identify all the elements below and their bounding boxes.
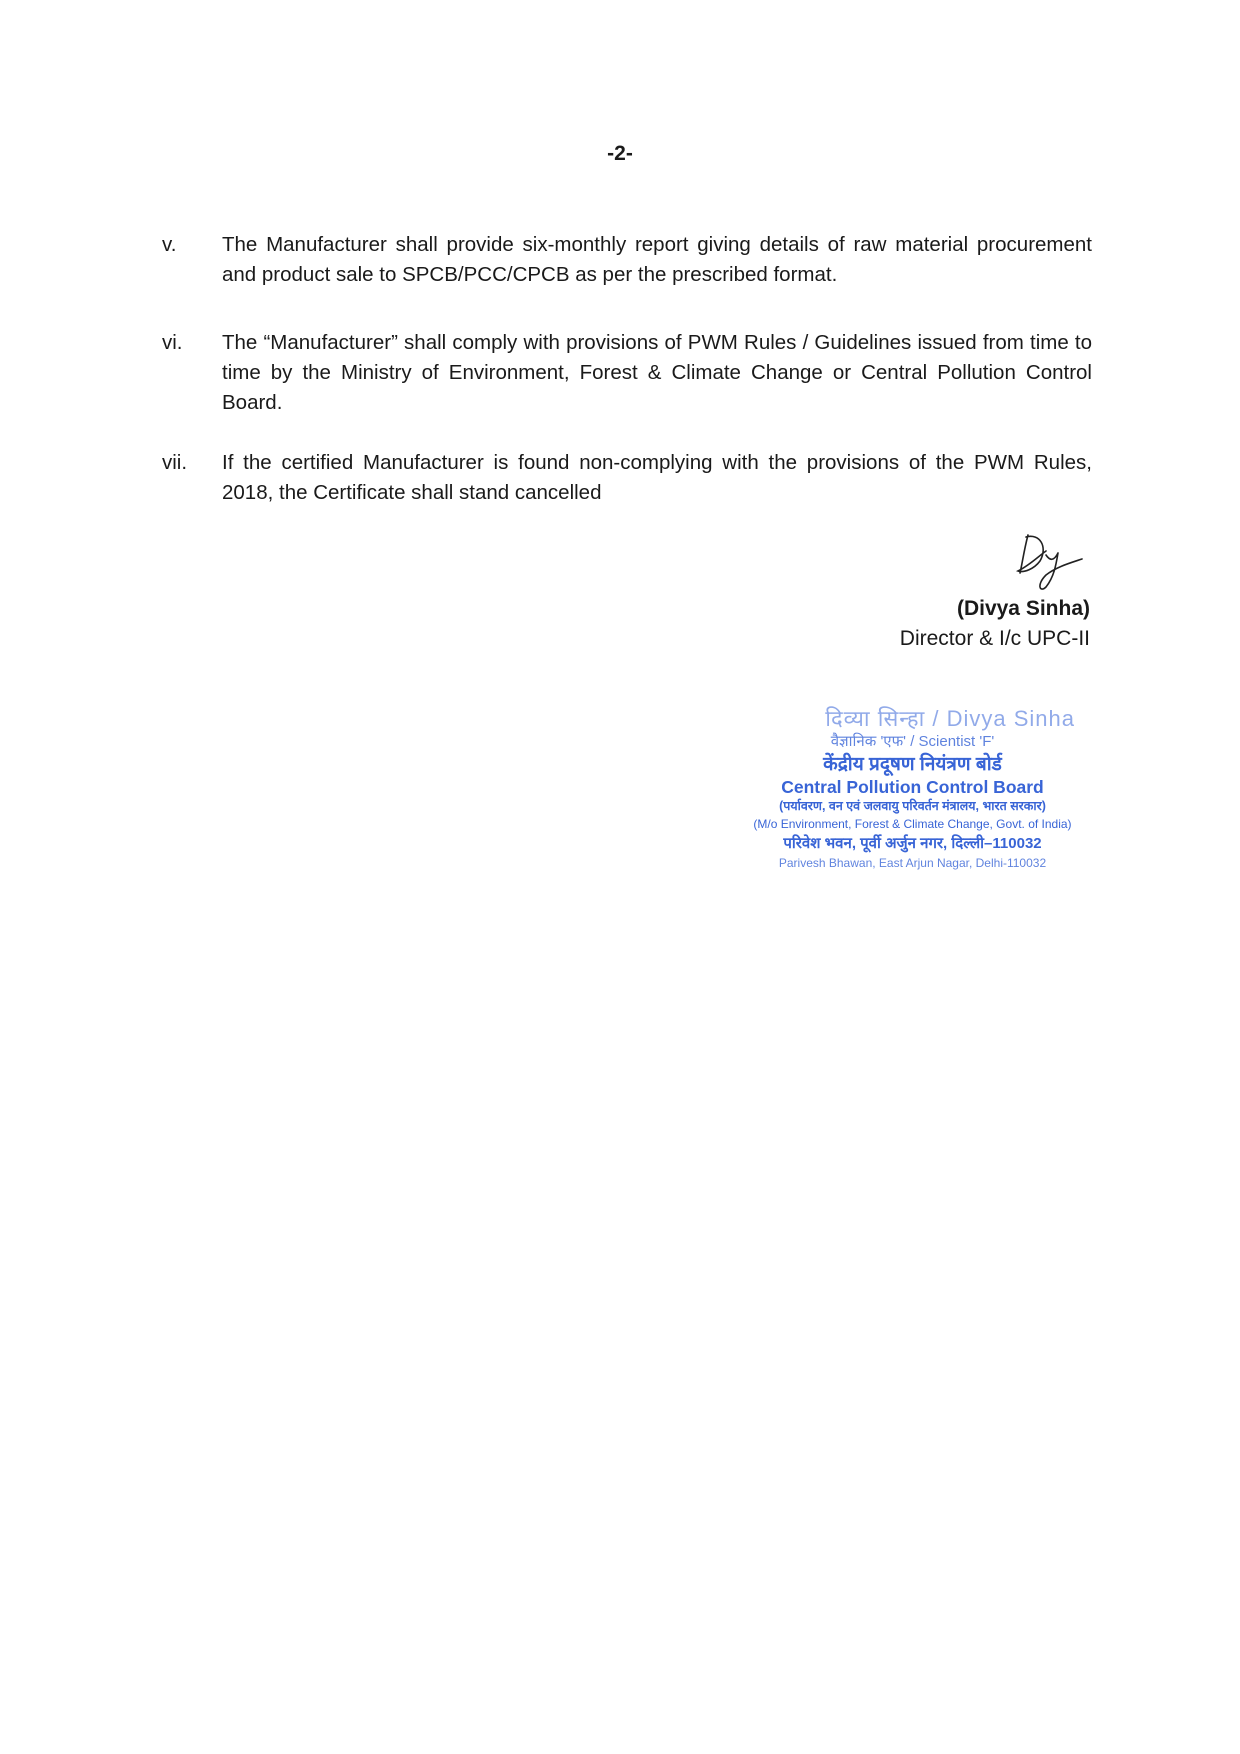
stamp-line: (M/o Environment, Forest & Climate Chang… bbox=[750, 815, 1075, 833]
item-text: The Manufacturer shall provide six-month… bbox=[222, 230, 1092, 290]
stamp-line: केंद्रीय प्रदूषण नियंत्रण बोर्ड bbox=[750, 753, 1075, 777]
stamp-line: दिव्या सिन्हा / Divya Sinha bbox=[750, 707, 1075, 731]
stamp-line: Central Pollution Control Board bbox=[750, 777, 1075, 797]
signatory-name: (Divya Sinha) bbox=[957, 597, 1090, 621]
official-stamp: दिव्या सिन्हा / Divya Sinha वैज्ञानिक 'ए… bbox=[750, 707, 1075, 871]
stamp-line: Parivesh Bhawan, East Arjun Nagar, Delhi… bbox=[750, 855, 1075, 871]
list-item: vi. The “Manufacturer” shall comply with… bbox=[162, 328, 1092, 418]
list-item: vii. If the certified Manufacturer is fo… bbox=[162, 448, 1092, 508]
signatory-designation: Director & I/c UPC-II bbox=[900, 627, 1090, 651]
stamp-line: परिवेश भवन, पूर्वी अर्जुन नगर, दिल्ली–11… bbox=[750, 833, 1075, 855]
item-numeral: vi. bbox=[162, 328, 222, 358]
item-text: If the certified Manufacturer is found n… bbox=[222, 448, 1092, 508]
page-number: -2- bbox=[0, 142, 1240, 166]
list-item: v. The Manufacturer shall provide six-mo… bbox=[162, 230, 1092, 290]
item-numeral: vii. bbox=[162, 448, 222, 478]
item-text: The “Manufacturer” shall comply with pro… bbox=[222, 328, 1092, 418]
item-numeral: v. bbox=[162, 230, 222, 260]
stamp-line: वैज्ञानिक 'एफ' / Scientist 'F' bbox=[750, 731, 1075, 753]
signature-icon bbox=[1010, 525, 1090, 595]
stamp-line: (पर्यावरण, वन एवं जलवायु परिवर्तन मंत्रा… bbox=[750, 797, 1075, 815]
